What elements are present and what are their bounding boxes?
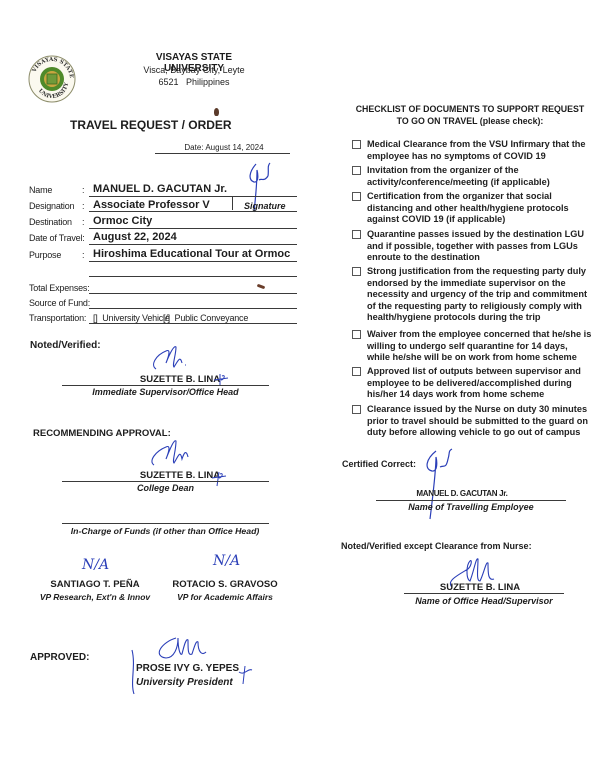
transport-option-public-conveyance[interactable]: [/] Public Conveyance (163, 313, 248, 323)
dean-title: College Dean (62, 483, 269, 493)
funds-title: In-Charge of Funds (if other than Office… (50, 526, 280, 536)
vp-academic-title: VP for Academic Affairs (165, 592, 285, 602)
purpose-colon: : (82, 250, 84, 260)
destination-value: Ormoc City (93, 215, 152, 227)
source-of-fund-label: Source of Fund: (29, 298, 90, 308)
applicant-signature (244, 160, 274, 225)
checkbox[interactable] (352, 405, 361, 414)
checkbox[interactable] (352, 267, 361, 276)
president-title: University President (136, 677, 233, 688)
name-colon: : (82, 185, 84, 195)
employee-signature-line (376, 500, 566, 501)
date-value: August 14, 2024 (205, 143, 263, 152)
checklist-item[interactable]: Certification from the organizer that so… (352, 191, 592, 226)
university-seal: VISAYAS STATE UNIVERSITY (27, 54, 77, 104)
ink-smudge (214, 108, 219, 116)
checklist-item[interactable]: Medical Clearance from the VSU Infirmary… (352, 139, 592, 162)
total-expenses-underline (89, 293, 297, 294)
date-of-travel-value: August 22, 2024 (93, 231, 177, 243)
checkbox[interactable] (352, 166, 361, 175)
vp-academic-na-mark: N/A (213, 553, 240, 569)
checkbox[interactable] (352, 367, 361, 376)
checklist-item[interactable]: Strong justification from the requesting… (352, 266, 592, 324)
designation-label: Designation (29, 201, 74, 211)
date-label: Date: (184, 143, 203, 152)
vp-research-name: SANTIAGO T. PEÑA (30, 579, 160, 590)
designation-value: Associate Professor V (93, 199, 210, 211)
head-signature-line (404, 593, 564, 594)
checklist-title-line1: CHECKLIST OF DOCUMENTS TO SUPPORT REQUES… (345, 103, 595, 115)
destination-label: Destination (29, 217, 72, 227)
date-field: Date: August 14, 2024 (158, 143, 290, 152)
checklist-item[interactable]: Clearance issued by the Nurse on duty 30… (352, 404, 592, 439)
noted-verified-label: Noted/Verified: (30, 340, 101, 351)
checkbox[interactable] (352, 330, 361, 339)
checkbox[interactable] (352, 230, 361, 239)
purpose-underline (89, 261, 297, 262)
supervisor-title: Immediate Supervisor/Office Head (62, 387, 269, 397)
destination-underline (89, 228, 297, 229)
purpose-value: Hiroshima Educational Tour at Ormoc (93, 248, 290, 260)
signature-divider (232, 197, 233, 210)
form-title: TRAVEL REQUEST / ORDER (70, 118, 232, 132)
transport-option-university-vehicle[interactable]: [] University Vehicle (93, 313, 170, 323)
purpose-underline-2 (89, 276, 297, 277)
checkbox-public-conveyance[interactable]: [/] (163, 313, 170, 323)
name-value: MANUEL D. GACUTAN Jr. (93, 183, 227, 195)
purpose-label: Purpose (29, 250, 61, 260)
university-address-line2: 6521 Philippines (126, 77, 262, 87)
source-of-fund-underline (89, 308, 297, 309)
employee-title: Name of Travelling Employee (376, 502, 566, 512)
checklist-item[interactable]: Quarantine passes issued by the destinat… (352, 229, 592, 264)
signature-label: Signature (244, 201, 286, 211)
ink-mark (257, 284, 266, 290)
vp-research-na-mark: N/A (82, 557, 109, 573)
name-label: Name (29, 185, 52, 195)
president-initial (238, 664, 254, 691)
dean-signature-line (62, 481, 269, 482)
transportation-underline (89, 323, 297, 324)
checkbox[interactable] (352, 140, 361, 149)
designation-underline (89, 211, 297, 212)
total-expenses-label: Total Expenses: (29, 283, 90, 293)
checklist-item[interactable]: Approved list of outputs between supervi… (352, 366, 592, 401)
dean-signature (148, 437, 193, 474)
destination-colon: : (82, 217, 84, 227)
checkbox-university-vehicle[interactable]: [] (93, 313, 98, 323)
head-title: Name of Office Head/Supervisor (395, 596, 573, 606)
employee-name: MANUEL D. GACUTAN Jr. (372, 489, 552, 498)
name-underline (89, 196, 297, 197)
designation-colon: : (82, 201, 84, 211)
approved-label: APPROVED: (30, 652, 89, 663)
date-of-travel-label: Date of Travel: (29, 233, 85, 243)
checklist-title: CHECKLIST OF DOCUMENTS TO SUPPORT REQUES… (345, 103, 595, 127)
funds-signature-line (62, 523, 269, 524)
vp-academic-name: ROTACIO S. GRAVOSO (165, 579, 285, 590)
vp-research-title: VP Research, Ext'n & Innov (25, 592, 165, 602)
transportation-label: Transportation: (29, 313, 86, 323)
dean-name: SUZETTE B. LINA (100, 470, 260, 481)
president-name: PROSE IVY G. YEPES (136, 663, 239, 674)
noted-except-label: Noted/Verified except Clearance from Nur… (341, 541, 532, 551)
checklist-title-line2: TO GO ON TRAVEL (please check): (345, 115, 595, 127)
checklist-item[interactable]: Waiver from the employee concerned that … (352, 329, 592, 364)
date-underline (155, 153, 290, 154)
checkbox[interactable] (352, 192, 361, 201)
supervisor-signature (148, 343, 193, 378)
checklist-item[interactable]: Invitation from the organizer of the act… (352, 165, 592, 188)
supervisor-signature-line (62, 385, 269, 386)
head-name: SUZETTE B. LINA (400, 582, 560, 593)
certified-correct-label: Certified Correct: (342, 459, 416, 469)
date-of-travel-underline (89, 244, 297, 245)
university-address-line1: Visca, Baybay City, Leyte (126, 65, 262, 75)
supervisor-name: SUZETTE B. LINA (100, 374, 260, 385)
